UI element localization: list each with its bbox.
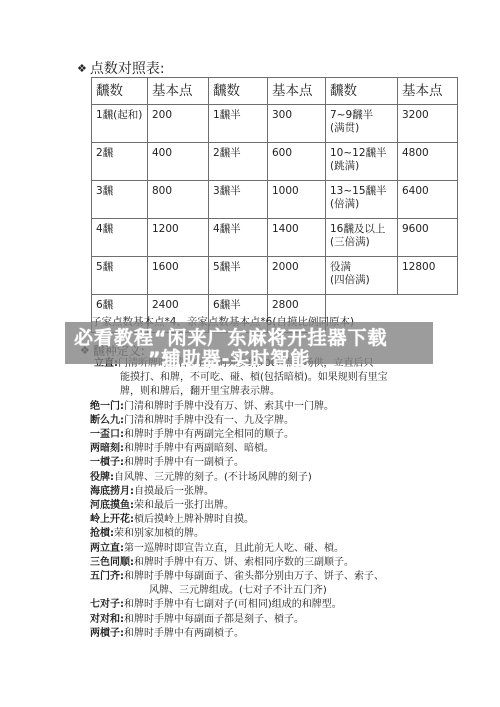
definition-text: 和牌时手牌中每副面子都是刻子、槓子。 [124,614,304,625]
definition-item: 三色同顺:和牌时手牌中有万、饼、索相同序数的三副顺子。 [90,556,490,570]
watermark-text-line2: ”辅助器-实时智能 [148,344,310,371]
points-table: 飜数 基本点 飜数 基本点 飜数 基本点 1飜(起和)2001飜半3007~9飜… [91,77,458,333]
table-cell: 6400 [398,181,458,219]
definition-term: 一槓子: [90,457,124,468]
definition-text: 和牌时手牌中有万、饼、索相同序数的三副顺子。 [134,557,354,568]
definition-item: 河底摸鱼:荣和最后一张打出牌。 [90,499,490,513]
table-cell: 1200 [148,219,209,257]
definition-term: 役牌: [90,472,114,483]
definition-item: 绝一门:门清和牌时手牌中没有万、饼、索其中一门牌。 [90,400,490,414]
section-heading-points-table: ❖ 点数对照表: [77,58,165,78]
definition-text: 门清和牌时手牌中没有一、九及字牌。 [124,415,294,426]
table-cell: 16飜及以上(三倍满) [326,219,398,257]
definition-item: 一槓子:和牌时手牌中有一副槓子。 [90,456,490,470]
table-row: 3飜8003飜半100013~15飜半(倍满)6400 [92,181,458,219]
table-cell: 9600 [398,219,458,257]
definition-text: 和牌时手牌中有两副暗刻、暗槓。 [124,443,274,454]
definition-text: 荣和别家加槓的牌。 [114,528,204,539]
definition-term: 一盃口: [90,429,124,440]
table-cell: 3200 [398,105,458,143]
table-cell: 2飜半 [209,143,268,181]
definition-item: 断么九:门清和牌时手牌中没有一、九及字牌。 [90,414,490,428]
definition-item: 海底捞月:自摸最后一张牌。 [90,485,490,499]
header-cell: 飜数 [209,78,268,105]
definition-text: 荣和最后一张打出牌。 [134,500,234,511]
table-cell: 400 [148,143,209,181]
table-cell: 1飜半 [209,105,268,143]
definition-item: 两暗刻:和牌时手牌中有两副暗刻、暗槓。 [90,442,490,456]
table-cell: 1000 [268,181,326,219]
table-cell: 役满(四倍满) [326,257,398,295]
table-row: 4飜12004飜半140016飜及以上(三倍满)9600 [92,219,458,257]
definition-term: 绝一门: [90,401,124,412]
table-cell: 7~9飜半(满贯) [326,105,398,143]
definition-term: 断么九: [90,415,124,426]
table-row: 2飜4002飜半60010~12飜半(跳满)4800 [92,143,458,181]
table-cell: 600 [268,143,326,181]
definition-item: 五门齐:和牌时手牌中每副面子、雀头都分别由万子、饼子、索子、 [90,570,490,584]
table-cell: 1飜(起和) [92,105,148,143]
header-cell: 飜数 [326,78,398,105]
definition-term: 两立直: [90,543,124,554]
table-cell: 10~12飜半(跳满) [326,143,398,181]
definition-item: 一盃口:和牌时手牌中有两副完全相同的顺子。 [90,428,490,442]
table-cell: 1600 [148,257,209,295]
definition-continuation: 能摸打、和牌，不可吃、碰、槓(包括暗槓)。如果规则有里宝 [90,371,490,385]
definition-continuation: 风牌、三元牌组成。(七对子不计五门齐) [90,584,490,598]
table-cell: 1400 [268,219,326,257]
table-row: 5飜16005飜半2000役满(四倍满)12800 [92,257,458,295]
definition-item: 抢槓:荣和别家加槓的牌。 [90,527,490,541]
definition-term: 五门齐: [90,571,124,582]
table-cell: 4800 [398,143,458,181]
fan-definitions-list: 立直:门清听牌时宣告立直，时须交纳1000点至场供，立直后只能摸打、和牌，不可吃… [90,357,490,641]
definition-term: 两暗刻: [90,443,124,454]
definition-text: 自摸最后一张牌。 [134,486,214,497]
table-cell: 3飜半 [209,181,268,219]
header-cell: 基本点 [268,78,326,105]
table-cell: 5飜 [92,257,148,295]
table-cell: 200 [148,105,209,143]
table-cell: 800 [148,181,209,219]
definition-term: 海底捞月: [90,486,134,497]
definition-term: 七对子: [90,599,124,610]
table-cell: 2000 [268,257,326,295]
definition-term: 三色同顺: [90,557,134,568]
table-row: 1飜(起和)2001飜半3007~9飜半(满贯)3200 [92,105,458,143]
definition-text: 和牌时手牌中有七副对子(可相同)组成的和牌型。 [124,599,342,610]
definition-text: 和牌时手牌中有两副完全相同的顺子。 [124,429,294,440]
definition-term: 河底摸鱼: [90,500,134,511]
definition-text: 门清和牌时手牌中没有万、饼、索其中一门牌。 [124,401,334,412]
header-cell: 飜数 [92,78,148,105]
points-table-title: 点数对照表: [90,58,165,78]
table-cell: 13~15飜半(倍满) [326,181,398,219]
table-cell: 12800 [398,257,458,295]
header-cell: 基本点 [398,78,458,105]
definition-term: 岭上开花: [90,514,134,525]
definition-term: 两槓子: [90,628,124,639]
table-cell: 4飜 [92,219,148,257]
definition-item: 七对子:和牌时手牌中有七副对子(可相同)组成的和牌型。 [90,598,490,612]
definition-text: 和牌时手牌中有两副槓子。 [124,628,244,639]
definition-item: 役牌:自风牌、三元牌的刻子。(不计场风牌的刻子) [90,471,490,485]
table-cell: 300 [268,105,326,143]
definition-item: 两立直:第一巡牌时即宣告立直，且此前无人吃、碰、槓。 [90,542,490,556]
definition-text: 自风牌、三元牌的刻子。(不计场风牌的刻子) [114,472,312,483]
definition-item: 两槓子:和牌时手牌中有两副槓子。 [90,627,490,641]
definition-text: 槓后摸岭上牌补牌时自摸。 [134,514,254,525]
definition-item: 对对和:和牌时手牌中每副面子都是刻子、槓子。 [90,613,490,627]
header-cell: 基本点 [148,78,209,105]
diamond-bullet-icon: ❖ [77,62,87,75]
table-header-row: 飜数 基本点 飜数 基本点 飜数 基本点 [92,78,458,105]
table-cell: 3飜 [92,181,148,219]
definition-term: 对对和: [90,614,124,625]
definition-text: 和牌时手牌中每副面子、雀头都分别由万子、饼子、索子、 [124,571,384,582]
table-cell: 4飜半 [209,219,268,257]
definition-term: 抢槓: [90,528,114,539]
definition-text: 和牌时手牌中有一副槓子。 [124,457,244,468]
table-cell: 2飜 [92,143,148,181]
definition-text: 第一巡牌时即宣告立直，且此前无人吃、碰、槓。 [124,543,344,554]
definition-item: 岭上开花:槓后摸岭上牌补牌时自摸。 [90,513,490,527]
table-cell: 5飜半 [209,257,268,295]
definition-continuation: 牌，则和牌后，翻开里宝牌表示牌。 [90,385,490,399]
